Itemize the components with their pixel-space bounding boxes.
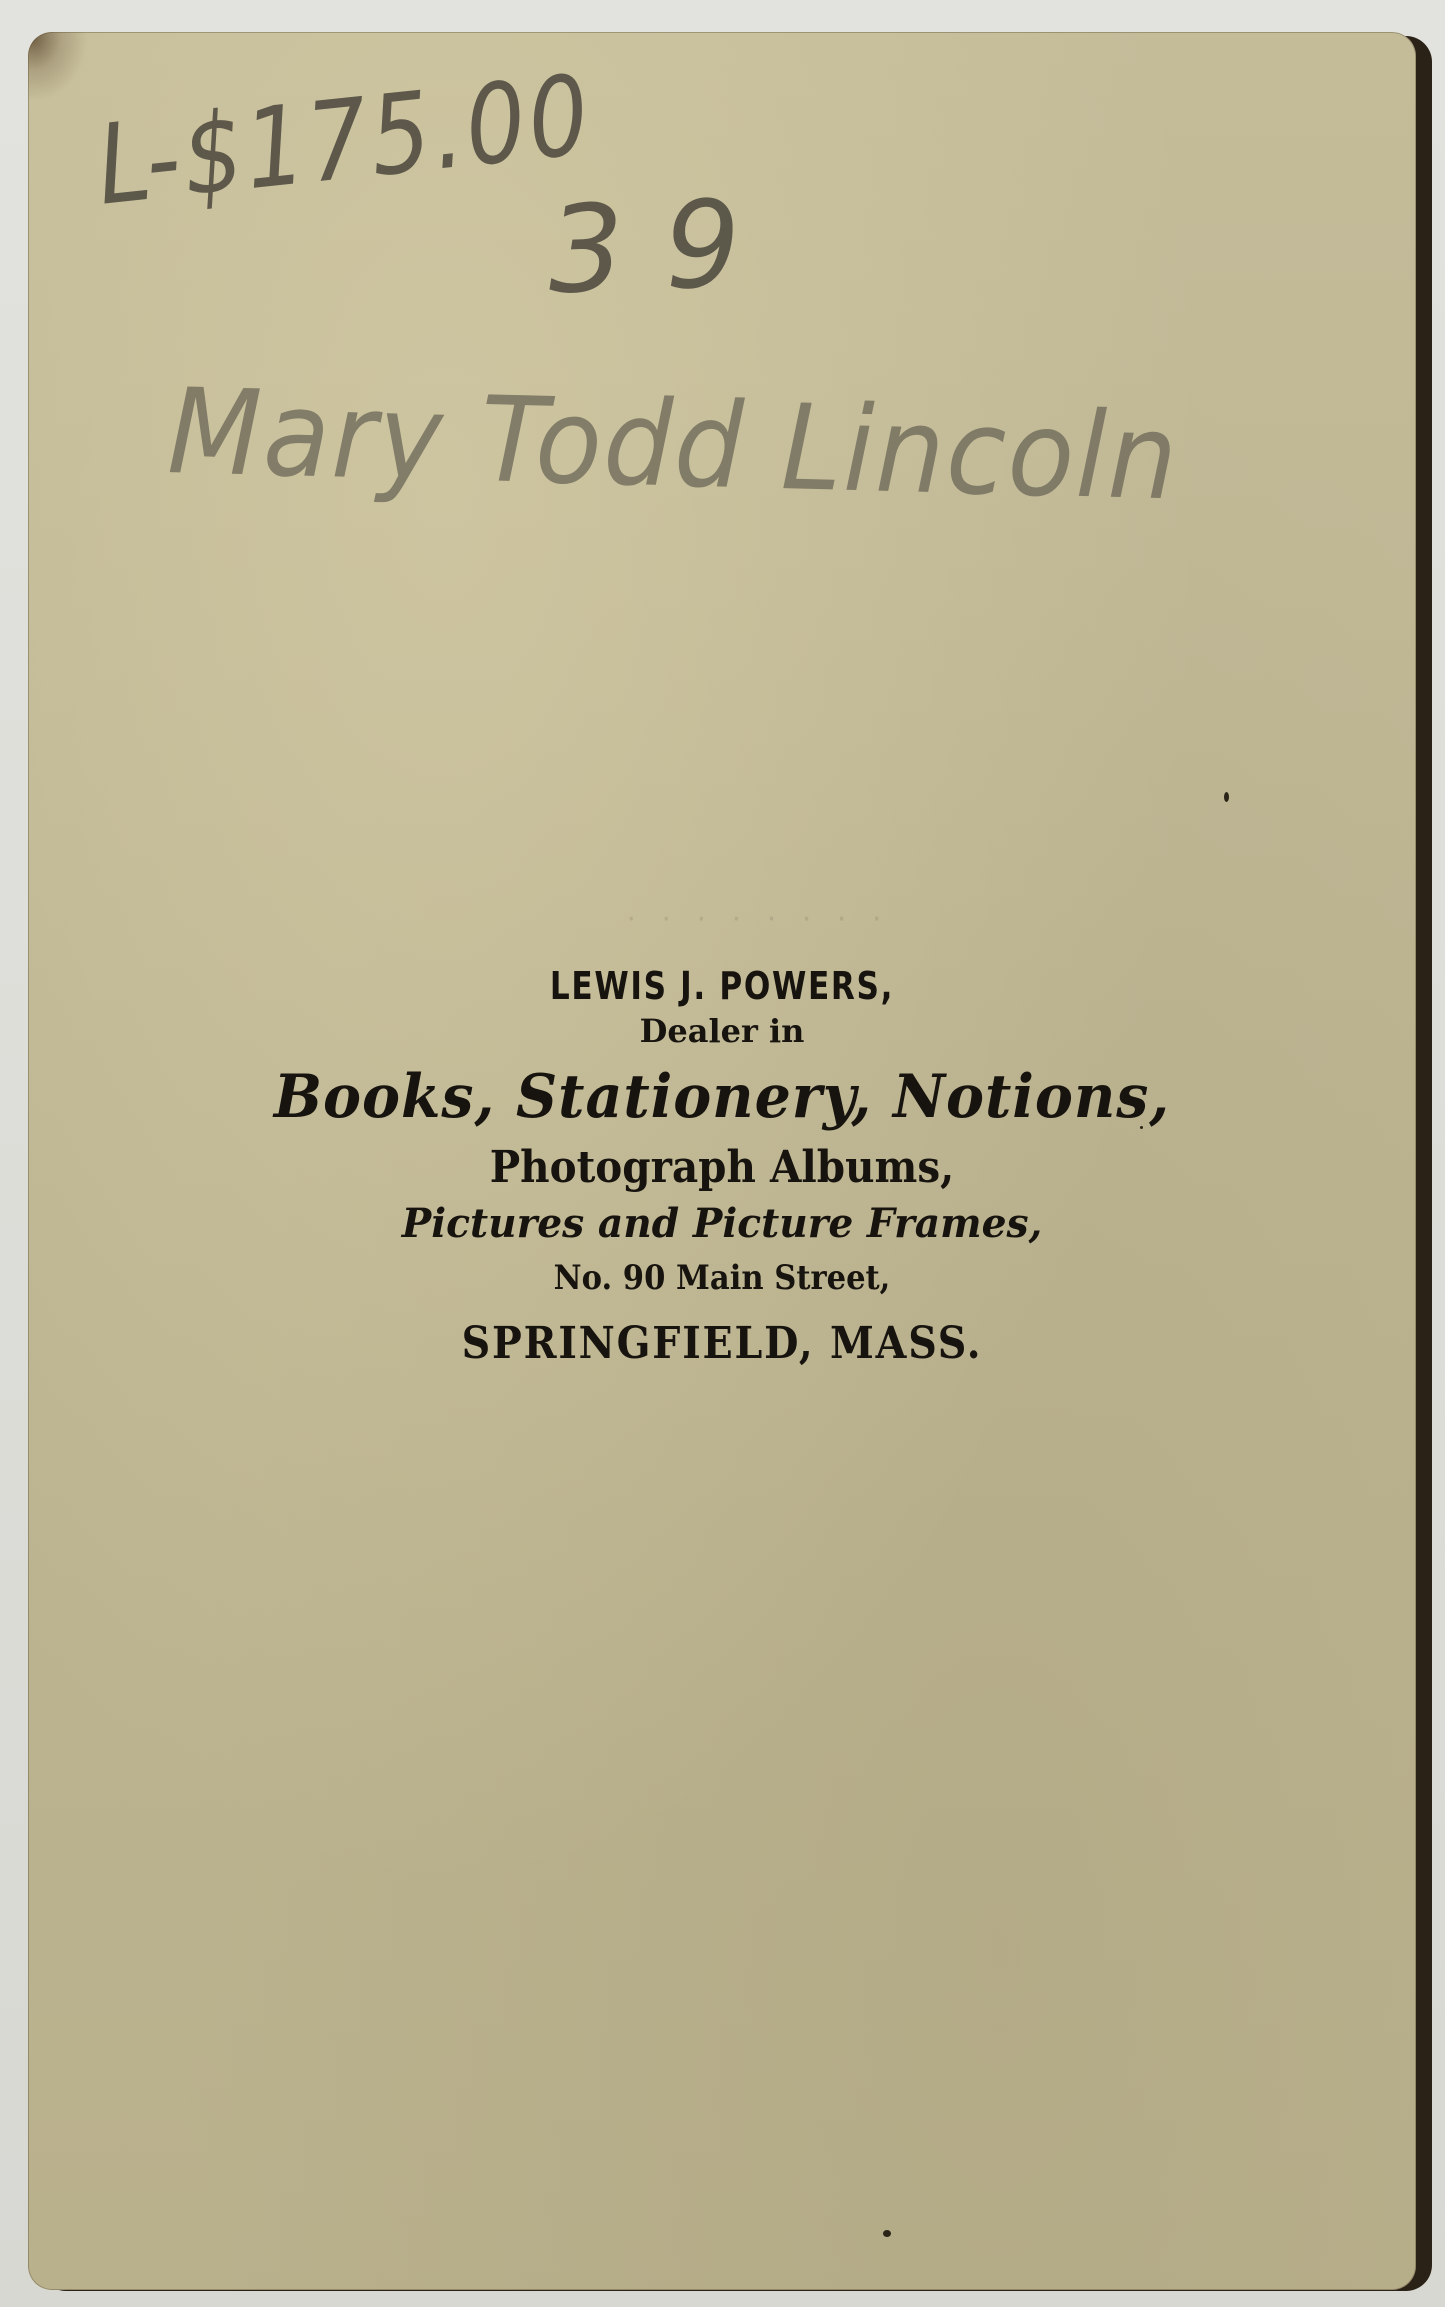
pencil-subject-note: Mary Todd Lincoln — [166, 362, 1180, 526]
pencil-price-note: L-$175.00 — [91, 51, 597, 230]
ink-speck — [883, 2230, 891, 2237]
ink-speck — [1140, 1126, 1143, 1129]
ink-speck — [1224, 792, 1229, 802]
carte-de-visite-back: L-$175.00 39 Mary Todd Lincoln · · · · ·… — [28, 32, 1416, 2290]
goods-line: Books, Stationery, Notions, — [63, 1062, 1382, 1136]
albums-line: Photograph Albums, — [84, 1142, 1361, 1200]
pictures-line: Pictures and Picture Frames, — [42, 1200, 1402, 1254]
dealer-name: LEWIS J. POWERS, — [153, 964, 1291, 1010]
dealer-label: Dealer in — [28, 1012, 1416, 1056]
dealer-imprint: LEWIS J. POWERS, Dealer in Books, Statio… — [28, 952, 1416, 1378]
corner-stain — [28, 32, 88, 102]
bleed-through-text: · · · · · · · · — [408, 902, 1108, 937]
pencil-number-note: 39 — [546, 174, 783, 321]
street-address: No. 90 Main Street, — [97, 1258, 1346, 1312]
city-line: SPRINGFIELD, MASS. — [97, 1318, 1346, 1378]
